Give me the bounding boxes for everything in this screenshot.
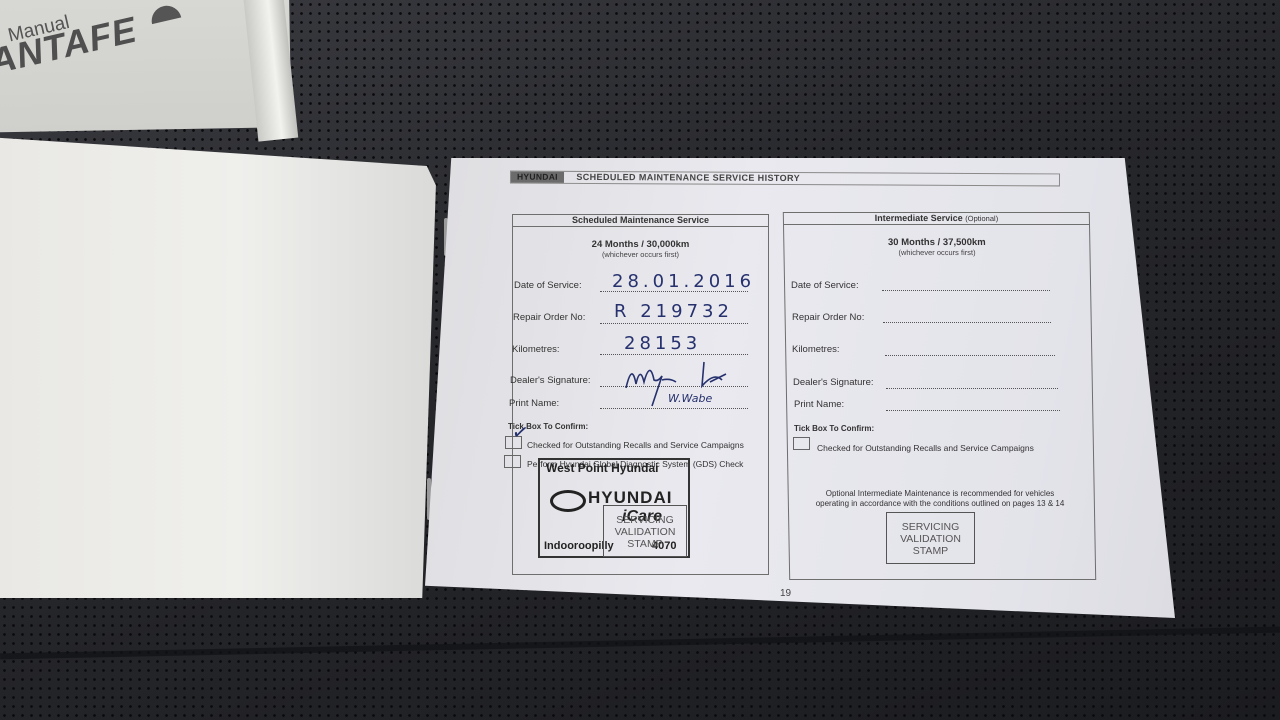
int-dealer-signature-line[interactable] bbox=[886, 388, 1058, 389]
print-name-value: W.Wabe bbox=[668, 392, 712, 405]
int-print-name-label: Print Name: bbox=[794, 399, 844, 410]
intermediate-interval: 30 Months / 37,500km bbox=[784, 237, 1089, 248]
dealer-signature-label: Dealer's Signature: bbox=[510, 375, 591, 386]
int-repair-order-label: Repair Order No: bbox=[792, 312, 864, 323]
intermediate-note: Optional Intermediate Maintenance is rec… bbox=[790, 489, 1090, 509]
hyundai-logo-icon bbox=[550, 490, 586, 512]
print-name-label: Print Name: bbox=[509, 398, 559, 409]
booklet-left-page bbox=[0, 118, 445, 598]
int-kilometres-line[interactable] bbox=[885, 355, 1055, 356]
repair-order-value: R 219732 bbox=[614, 301, 733, 322]
intermediate-heading-note: (Optional) bbox=[965, 214, 998, 223]
kilometres-value: 28153 bbox=[624, 333, 701, 354]
stamp-line: STAMP bbox=[887, 545, 974, 557]
int-recalls-check-label: Checked for Outstanding Recalls and Serv… bbox=[817, 443, 1034, 453]
page-number: 19 bbox=[780, 588, 791, 599]
int-tick-box-title: Tick Box To Confirm: bbox=[794, 424, 874, 433]
recalls-check-label: Checked for Outstanding Recalls and Serv… bbox=[527, 440, 744, 450]
dealer-name: West Point Hyundai bbox=[546, 461, 658, 475]
int-dealer-signature-label: Dealer's Signature: bbox=[793, 377, 874, 388]
stamp-line: SERVICING bbox=[604, 514, 686, 526]
date-of-service-value: 28.01.2016 bbox=[612, 271, 755, 292]
int-kilometres-label: Kilometres: bbox=[792, 344, 840, 355]
stamp-line: STAMP bbox=[604, 538, 686, 550]
note-line-1: Optional Intermediate Maintenance is rec… bbox=[790, 489, 1090, 499]
stamp-line: SERVICING bbox=[887, 521, 974, 533]
stamp-line: VALIDATION bbox=[887, 533, 974, 545]
int-recalls-checkbox[interactable] bbox=[793, 437, 810, 450]
header-brand: HYUNDAI bbox=[511, 172, 564, 183]
scheduled-service-heading: Scheduled Maintenance Service bbox=[513, 215, 768, 227]
stamp-line: VALIDATION bbox=[604, 526, 686, 538]
intermediate-heading-text: Intermediate Service bbox=[875, 213, 963, 223]
header-title: SCHEDULED MAINTENANCE SERVICE HISTORY bbox=[576, 172, 800, 183]
intermediate-service-heading: Intermediate Service (Optional) bbox=[784, 213, 1089, 225]
int-date-line[interactable] bbox=[882, 290, 1050, 291]
scheduled-interval: 24 Months / 30,000km bbox=[513, 239, 768, 250]
seat-seam bbox=[0, 627, 1280, 660]
gds-checkbox[interactable] bbox=[504, 455, 521, 468]
int-print-name-line[interactable] bbox=[886, 410, 1060, 411]
repair-order-line[interactable] bbox=[600, 323, 748, 324]
scheduled-validation-stamp-box: SERVICING VALIDATION STAMP bbox=[603, 505, 687, 557]
intermediate-validation-stamp-box: SERVICING VALIDATION STAMP bbox=[886, 512, 975, 564]
intermediate-interval-note: (whichever occurs first) bbox=[784, 248, 1089, 257]
repair-order-label: Repair Order No: bbox=[513, 312, 585, 323]
scheduled-interval-note: (whichever occurs first) bbox=[513, 250, 768, 259]
kilometres-label: Kilometres: bbox=[512, 344, 560, 355]
date-of-service-label: Date of Service: bbox=[514, 280, 582, 291]
print-name-line[interactable] bbox=[600, 408, 748, 409]
int-date-label: Date of Service: bbox=[791, 280, 859, 291]
note-line-2: operating in accordance with the conditi… bbox=[790, 499, 1090, 509]
int-repair-order-line[interactable] bbox=[883, 322, 1051, 323]
